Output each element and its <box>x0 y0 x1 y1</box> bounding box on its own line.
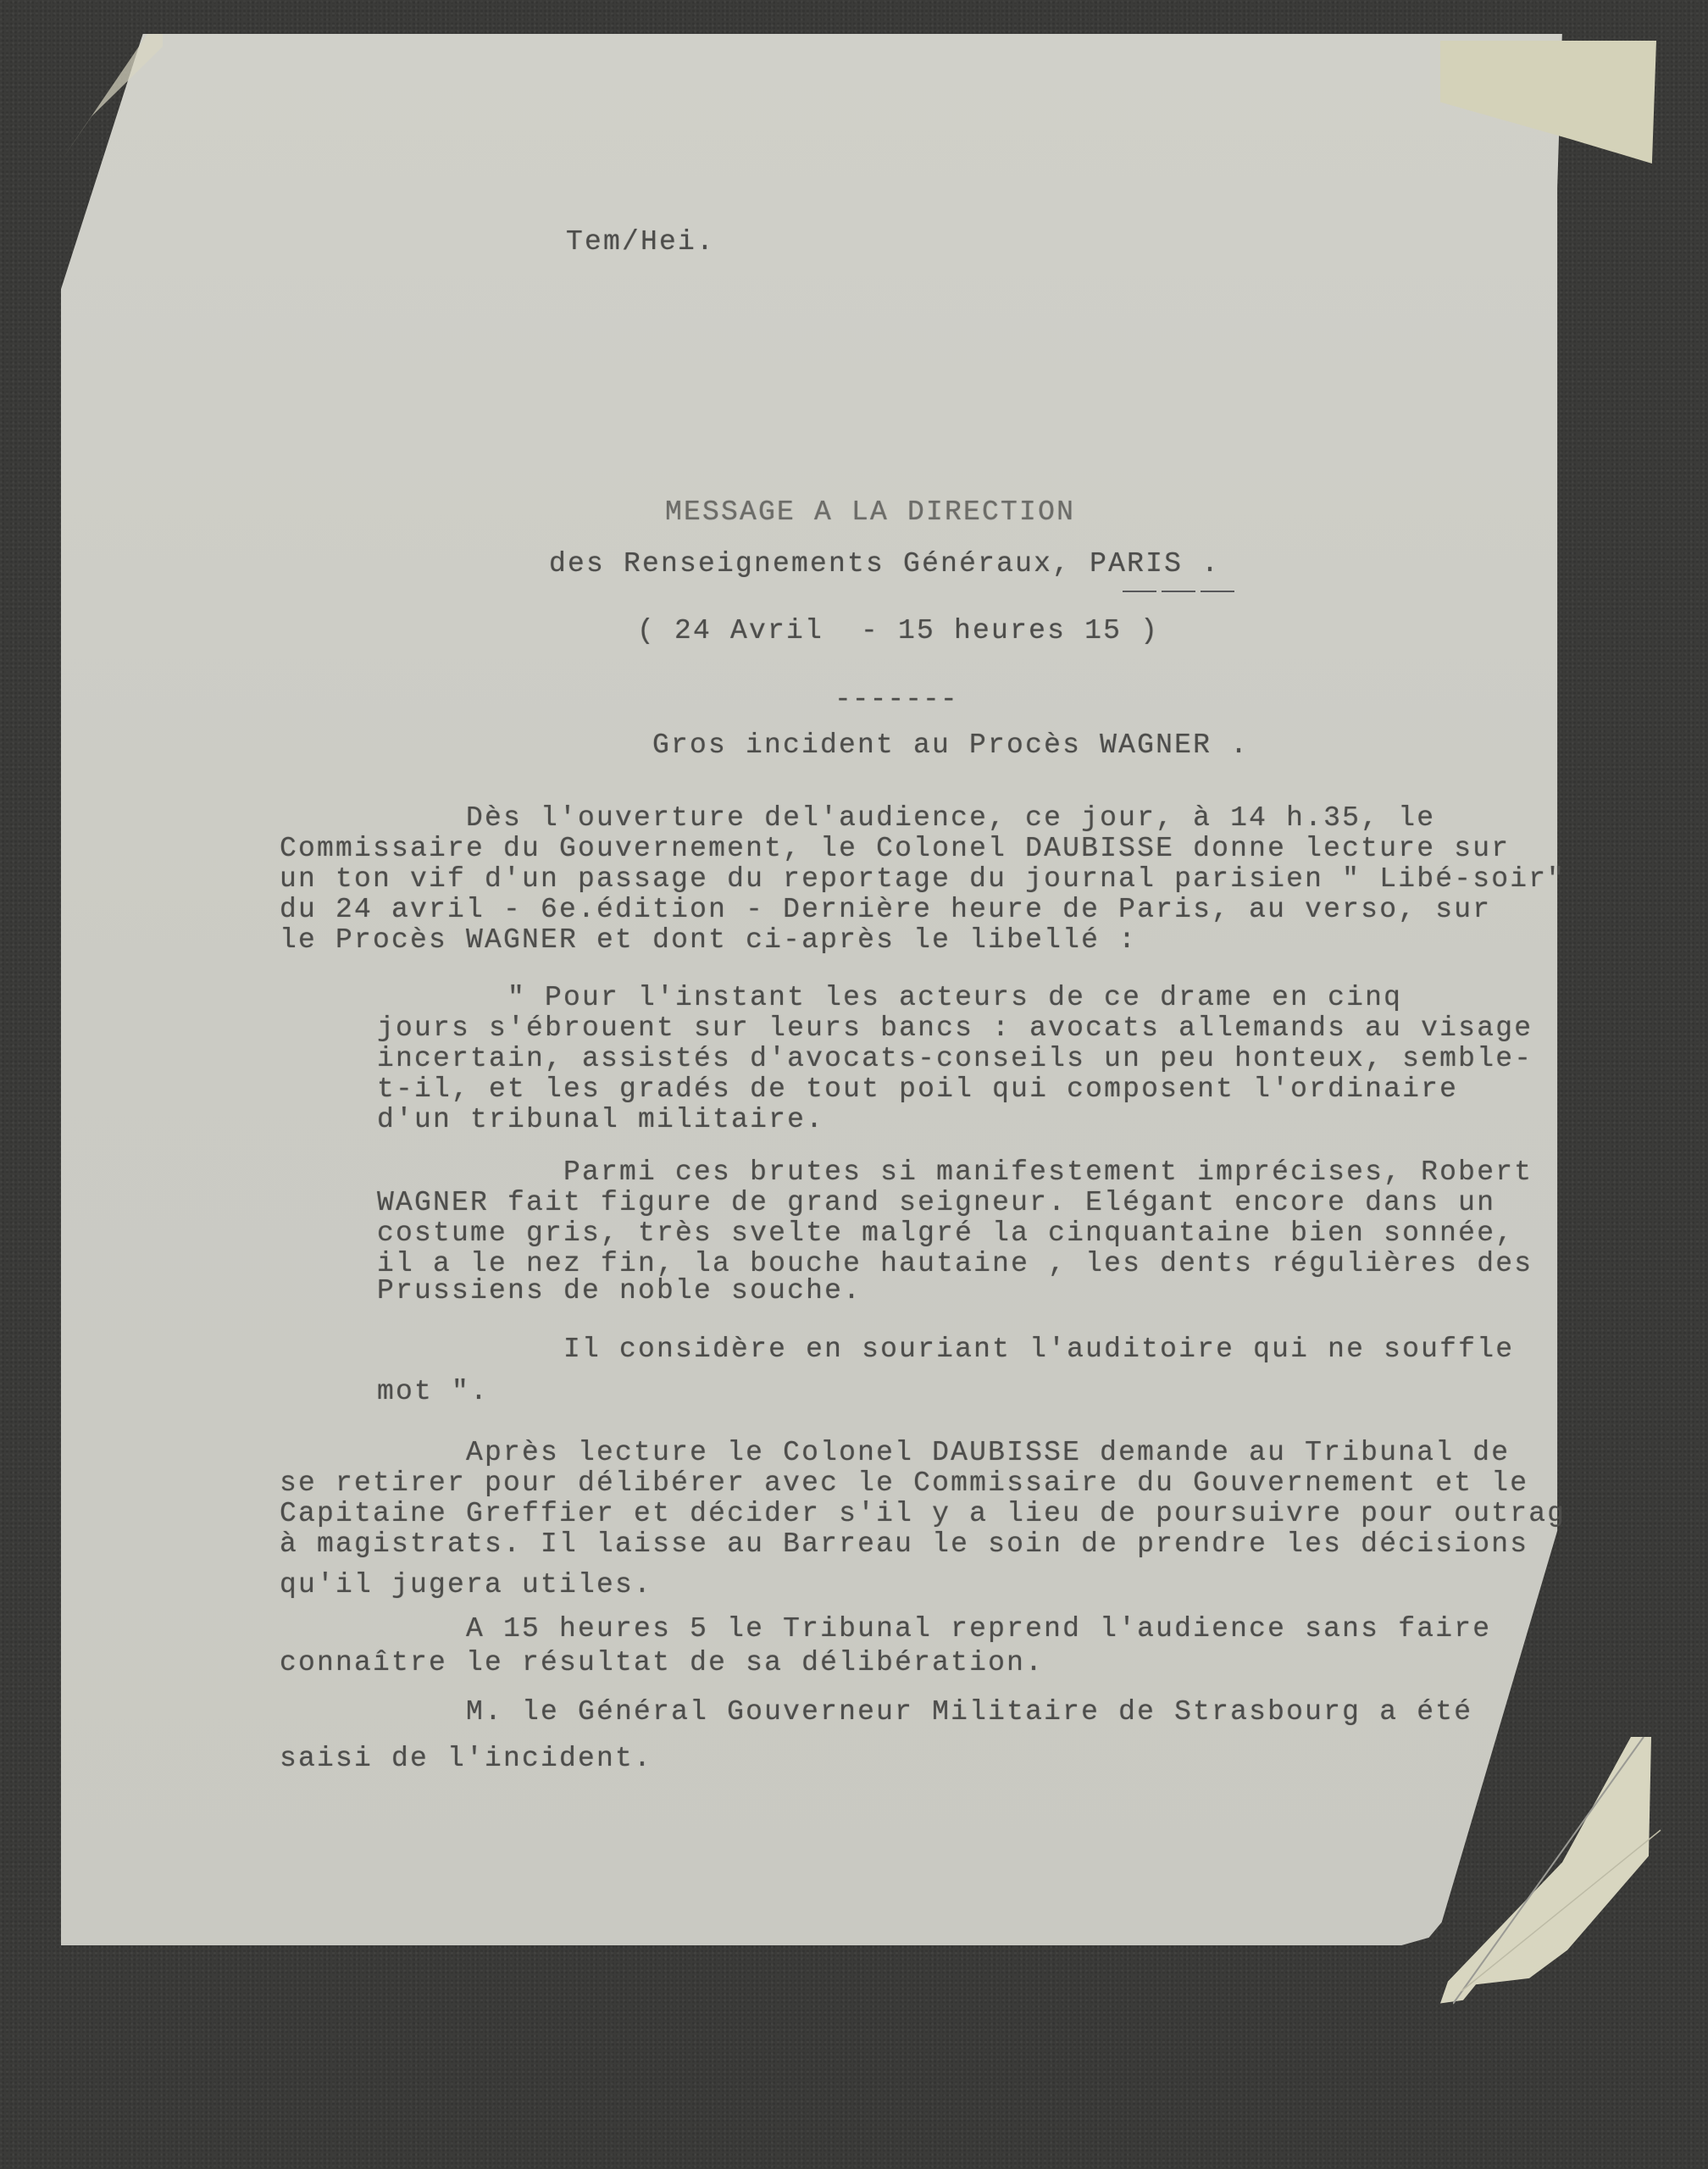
text-line: costume gris, très svelte malgré la cinq… <box>377 1218 1514 1249</box>
text-line: connaître le résultat de sa délibération… <box>280 1648 1044 1678</box>
text-line: Parmi ces brutes si manifestement impréc… <box>377 1157 1533 1188</box>
text-line: " Pour l'instant les acteurs de ce drame… <box>377 983 1402 1013</box>
text-line: M. le Général Gouverneur Militaire de St… <box>280 1697 1472 1728</box>
title-line-3-date: ( 24 Avril - 15 heures 15 ) <box>637 616 1159 646</box>
text-line: mot ". <box>377 1377 489 1407</box>
text-line: le Procès WAGNER et dont ci-après le lib… <box>280 925 1137 956</box>
text-line: saisi de l'incident. <box>280 1744 652 1774</box>
text-line: jours s'ébrouent sur leurs bancs : avoca… <box>377 1013 1533 1044</box>
text-line: Il considère en souriant l'auditoire qui… <box>377 1334 1514 1365</box>
text-line: d'un tribunal militaire. <box>377 1105 824 1135</box>
title-line-2: des Renseignements Généraux, PARIS . <box>549 549 1220 580</box>
text-line: du 24 avril - 6e.édition - Dernière heur… <box>280 895 1491 925</box>
text-line: Après lecture le Colonel DAUBISSE demand… <box>280 1438 1510 1468</box>
paris-underline <box>1123 591 1239 592</box>
text-line: qu'il jugera utiles. <box>280 1570 652 1600</box>
text-line: se retirer pour délibérer avec le Commis… <box>280 1468 1528 1499</box>
reference-code: Tem/Hei. <box>566 227 715 258</box>
text-line: à magistrats. Il laisse au Barreau le so… <box>280 1529 1528 1560</box>
text-line: A 15 heures 5 le Tribunal reprend l'audi… <box>280 1614 1491 1645</box>
text-line: un ton vif d'un passage du reportage du … <box>280 864 1566 895</box>
text-line: Capitaine Greffier et décider s'il y a l… <box>280 1499 1566 1529</box>
text-line: WAGNER fait figure de grand seigneur. El… <box>377 1188 1495 1218</box>
text-line: Prussiens de noble souche. <box>377 1276 862 1306</box>
text-line: incertain, assistés d'avocats-conseils u… <box>377 1044 1533 1074</box>
text-line: Dès l'ouverture del'audience, ce jour, à… <box>280 803 1435 834</box>
separator-dashes: ------- <box>835 685 958 715</box>
title-line-1: MESSAGE A LA DIRECTION <box>665 497 1075 528</box>
text-line: t-il, et les gradés de tout poil qui com… <box>377 1074 1458 1105</box>
text-line: Commissaire du Gouvernement, le Colonel … <box>280 834 1510 864</box>
subject-line: Gros incident au Procès WAGNER . <box>652 730 1249 761</box>
